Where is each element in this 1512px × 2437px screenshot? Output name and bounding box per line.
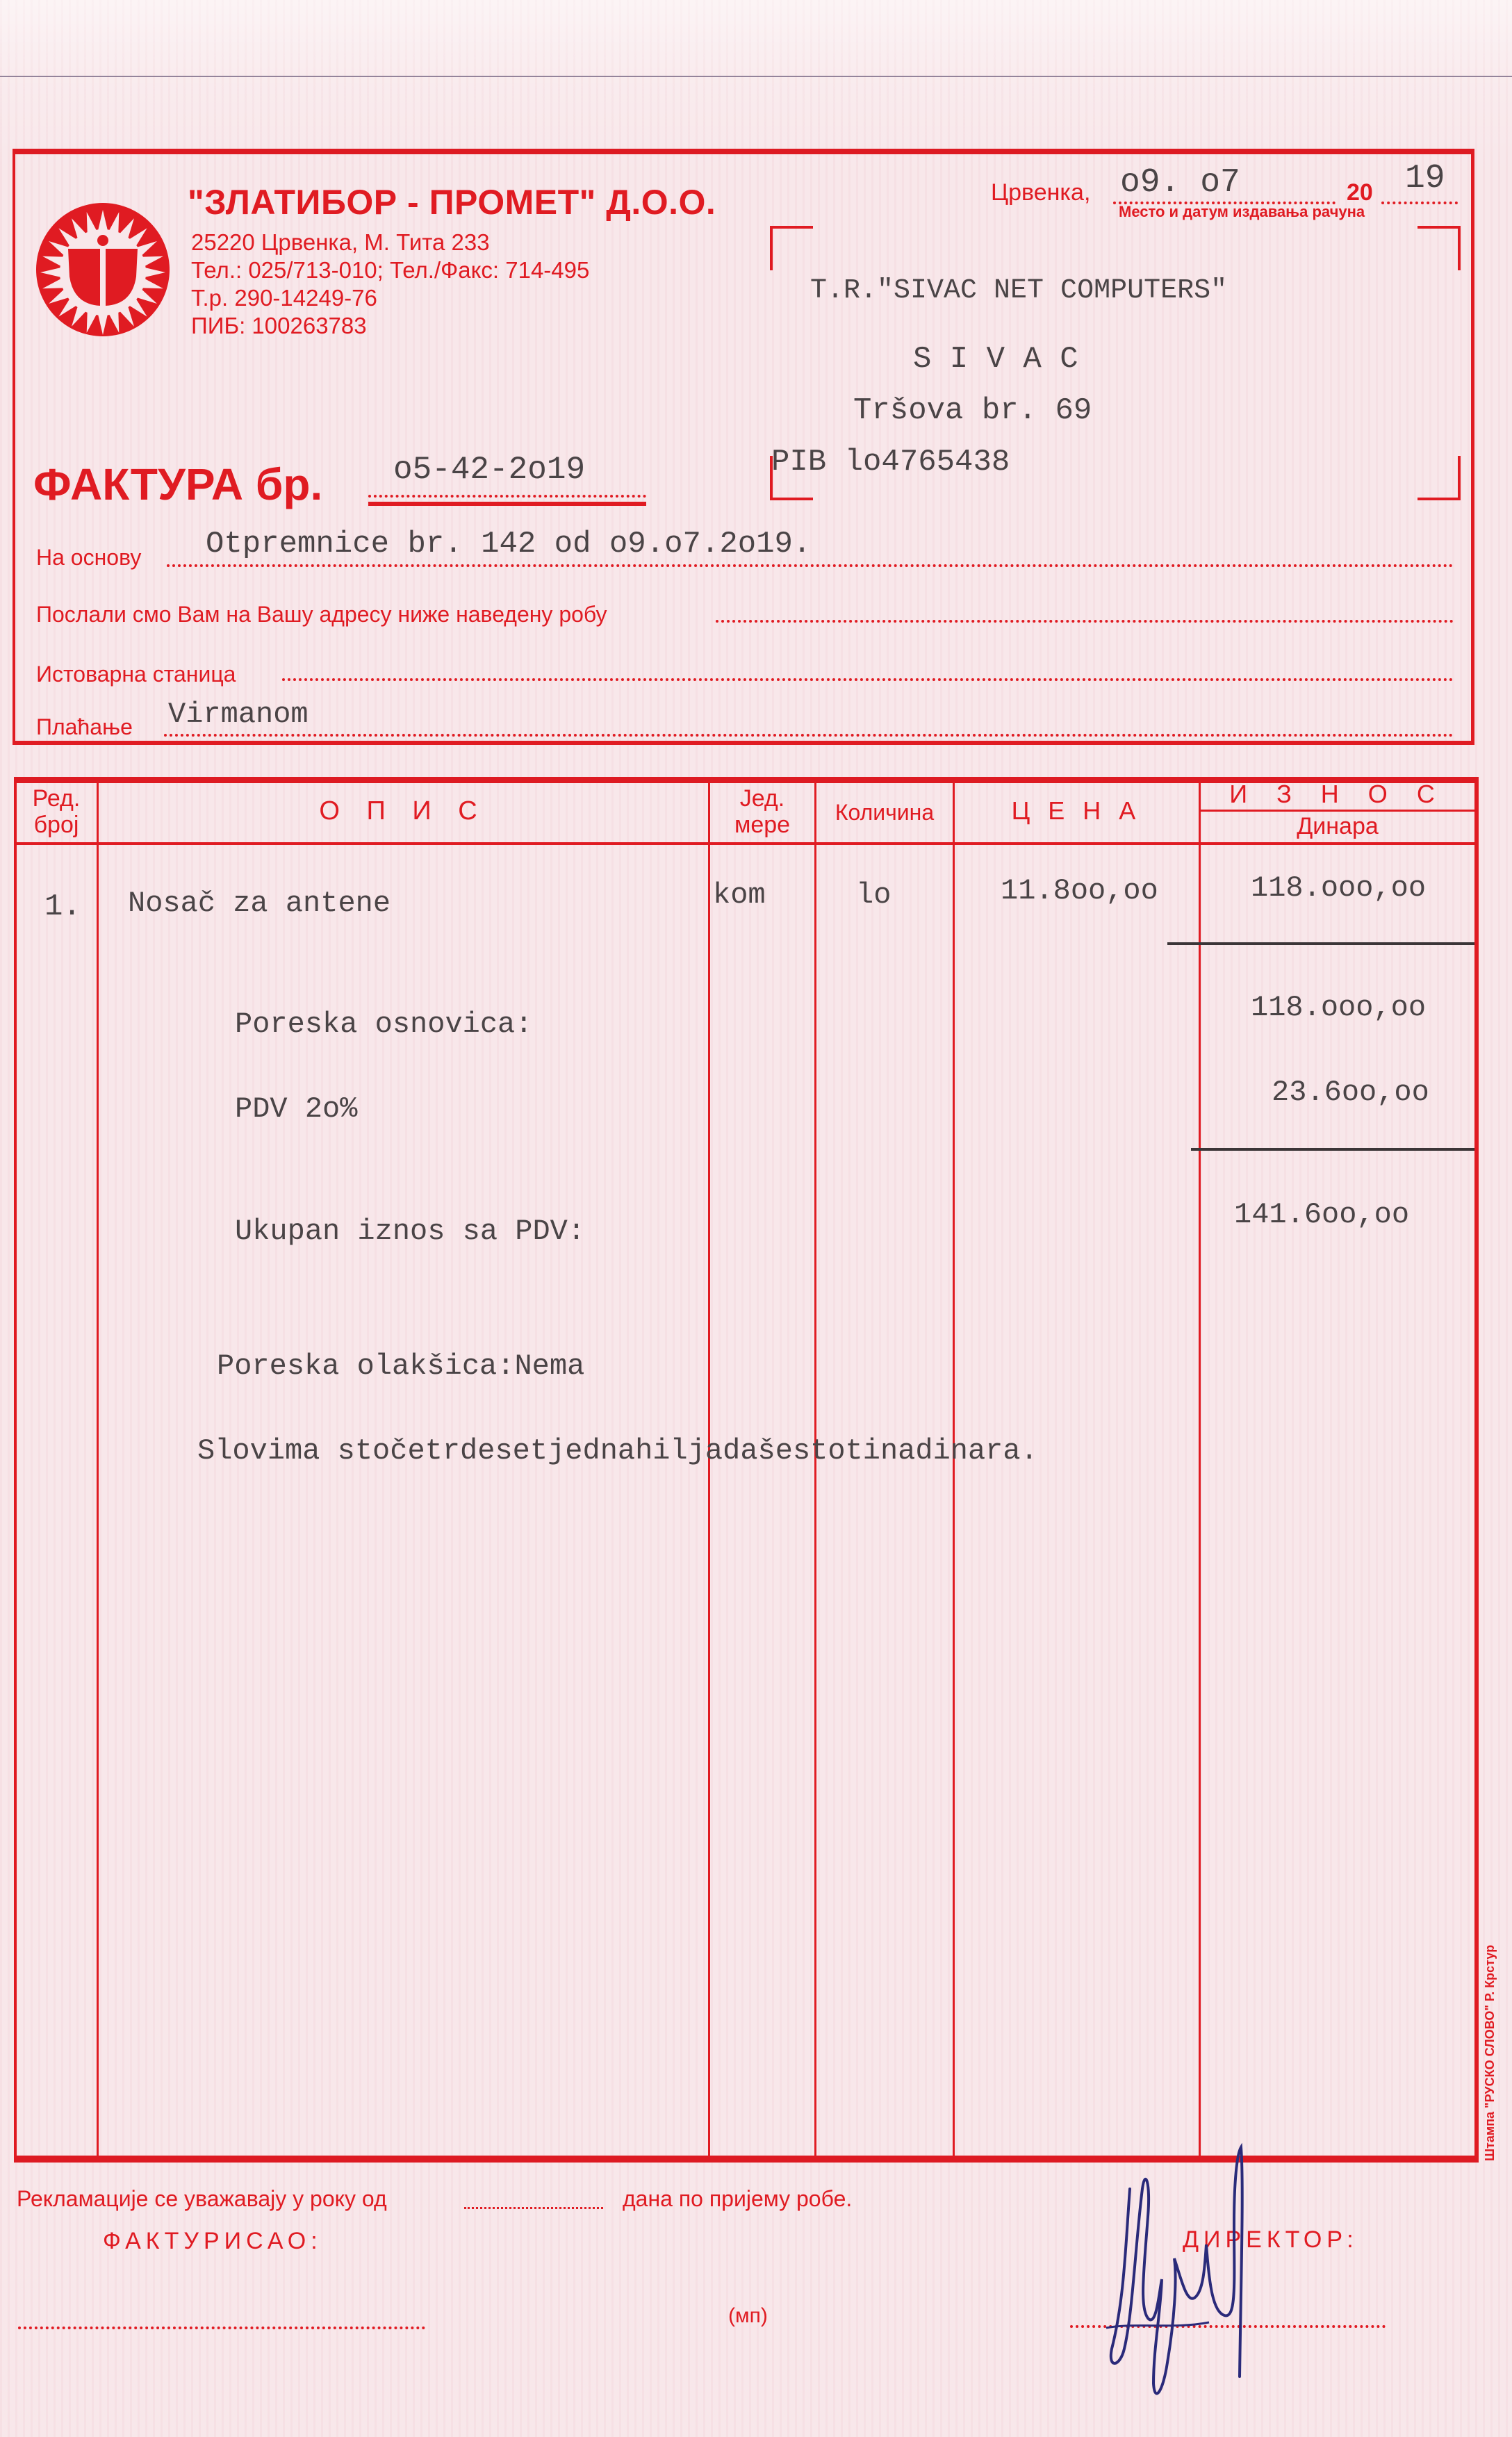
field-basis-value[interactable]: Otpremnice br. 142 od o9.o7.2o19. <box>206 527 811 561</box>
row-description: Nosač za antene <box>128 887 391 920</box>
recipient-street[interactable]: Tršova br. 69 <box>853 393 1092 428</box>
table-header-divider <box>15 842 1474 845</box>
invoice-title: ФАКТУРА бр. <box>33 459 322 510</box>
address-window-corner-br <box>1417 456 1461 500</box>
handwritten-signature-icon <box>1105 2140 1265 2404</box>
summary-total-amount: 141.6oo,oo <box>1234 1198 1409 1231</box>
amount-header-split <box>1199 810 1474 812</box>
summary-tax-base-label: Poreska osnovica: <box>235 1008 532 1041</box>
header-quantity: Количина <box>816 799 953 826</box>
column-divider <box>953 781 955 2157</box>
column-divider <box>708 781 710 2157</box>
row-quantity: lo <box>856 878 891 912</box>
issue-year[interactable]: 19 <box>1405 160 1445 197</box>
issue-year-dotted-line <box>1381 202 1458 204</box>
row-amount: 118.ooo,oo <box>1251 871 1426 905</box>
issuer-name: "ЗЛАТИБОР - ПРОМЕТ" Д.О.О. <box>188 182 716 222</box>
invoice-number-underline <box>368 502 646 506</box>
summary-total-label: Ukupan iznos sa PDV: <box>235 1215 585 1248</box>
subtotal-rule <box>1167 942 1474 945</box>
recipient-name[interactable]: T.R."SIVAC NET COMPUTERS" <box>810 275 1227 306</box>
stamp-place-label: (мп) <box>728 2304 768 2328</box>
field-unloading-station-line[interactable] <box>282 678 1454 681</box>
items-table <box>14 777 1479 2163</box>
field-unloading-station-label: Истоварна станица <box>36 662 236 687</box>
field-payment-label: Плаћање <box>36 714 133 740</box>
header-unit: Јед. мере <box>710 785 814 838</box>
recipient-pib[interactable]: PIB lo4765438 <box>771 445 1010 479</box>
header-unit-line2: мере <box>710 812 814 838</box>
column-divider <box>814 781 816 2157</box>
header-row-number-line1: Ред. <box>17 785 96 812</box>
header-description: О П И С <box>99 798 707 824</box>
row-price: 11.8oo,oo <box>1001 874 1158 908</box>
address-window-corner-tr <box>1417 226 1461 270</box>
recipient-city[interactable]: S I V A C <box>913 342 1078 377</box>
header-row-number-line2: број <box>17 812 96 838</box>
complaints-text-prefix: Рекламације се уважавају у року од <box>17 2186 387 2212</box>
summary-vat-amount: 23.6oo,oo <box>1272 1076 1429 1109</box>
invoiced-by-label: ФАКТУРИСАО: <box>103 2228 322 2255</box>
issue-day-month[interactable]: o9. o7 <box>1120 164 1240 202</box>
row-number: 1. <box>44 889 81 924</box>
invoice-number-dotted-line <box>368 495 646 498</box>
field-shipped-label: Послали смо Вам на Вашу адресу ниже наве… <box>36 602 607 627</box>
summary-tax-base-amount: 118.ooo,oo <box>1251 991 1426 1024</box>
header-amount: И З Н О С <box>1201 781 1474 807</box>
issuer-address: 25220 Црвенка, М. Тита 233 <box>191 229 490 256</box>
field-basis-label: На основу <box>36 545 141 571</box>
column-divider <box>1199 781 1201 2157</box>
issuer-tax-id: ПИБ: 100263783 <box>191 313 367 339</box>
address-window-corner-tl <box>770 226 813 270</box>
header-row-number: Ред. број <box>17 785 96 838</box>
column-divider <box>97 781 99 2157</box>
complaints-text-suffix: дана по пријему робе. <box>623 2186 852 2212</box>
header-amount-currency: Динара <box>1201 813 1474 839</box>
issue-date-caption: Место и датум издавања рачуна <box>1119 203 1365 221</box>
field-payment-value[interactable]: Virmanom <box>168 698 309 731</box>
field-shipped-line[interactable] <box>716 620 1454 623</box>
paper-fold-line <box>0 76 1512 77</box>
amount-in-words: Slovima stočetrdesetjednahiljadašestotin… <box>197 1434 1038 1468</box>
field-basis-line <box>167 564 1454 567</box>
invoiced-by-signature-line[interactable] <box>18 2327 425 2329</box>
issuer-phone: Тел.: 025/713-010; Тел./Факс: 714-495 <box>191 257 589 284</box>
printer-imprint: Штампа "РУСКО СЛОВО" Р. Крстур <box>1483 1945 1497 2161</box>
tax-relief-note: Poreska olakšica:Nema <box>217 1349 584 1383</box>
issuer-account: Т.р. 290-14249-76 <box>191 285 377 311</box>
field-payment-line <box>164 734 1454 737</box>
sun-tulip-logo-icon <box>33 200 172 339</box>
header-price: Ц Е Н А <box>955 798 1198 824</box>
row-unit: kom <box>713 878 766 912</box>
issue-place-label: Црвенка, <box>991 179 1090 206</box>
header-unit-line1: Јед. <box>710 785 814 812</box>
summary-vat-label: PDV 2o% <box>235 1092 357 1126</box>
invoice-number[interactable]: o5-42-2o19 <box>393 452 585 488</box>
total-rule <box>1191 1148 1474 1151</box>
complaints-days-line[interactable] <box>464 2207 603 2209</box>
